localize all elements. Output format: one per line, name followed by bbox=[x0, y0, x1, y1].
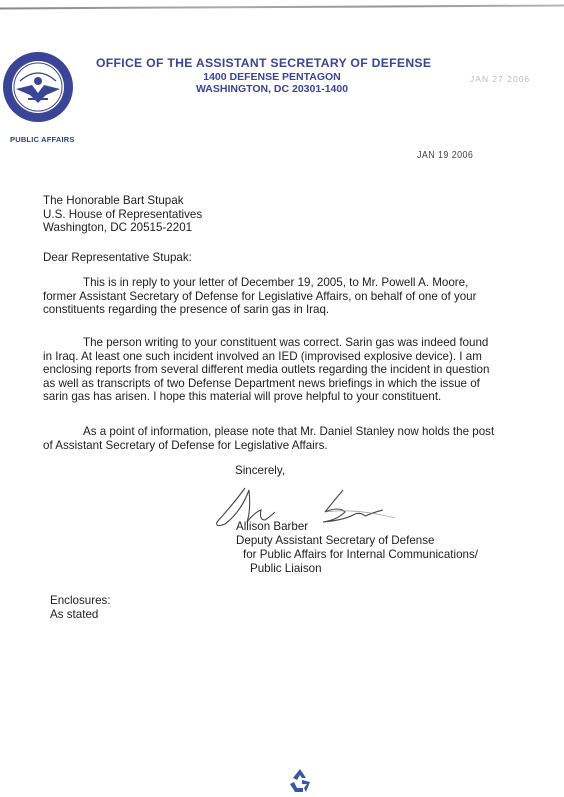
signer-title: Public Liaison bbox=[250, 562, 322, 576]
letter-date: JAN 19 2006 bbox=[417, 149, 473, 161]
letterhead: OFFICE OF THE ASSISTANT SECRETARY OF DEF… bbox=[96, 56, 436, 95]
paragraph-line: This is in reply to your letter of Decem… bbox=[43, 276, 477, 290]
paragraph-2: The person writing to your constituent w… bbox=[43, 336, 489, 404]
dod-seal-icon bbox=[2, 51, 74, 123]
office-title: OFFICE OF THE ASSISTANT SECRETARY OF DEF… bbox=[96, 56, 436, 70]
paragraph-line: The person writing to your constituent w… bbox=[43, 336, 489, 350]
enclosures: Enclosures: As stated bbox=[50, 594, 111, 621]
recipient-line: The Honorable Bart Stupak bbox=[43, 194, 202, 208]
closing: Sincerely, bbox=[235, 464, 285, 478]
salutation: Dear Representative Stupak: bbox=[43, 251, 192, 265]
signer-title: Deputy Assistant Secretary of Defense bbox=[236, 534, 434, 548]
paragraph-3: As a point of information, please note t… bbox=[43, 425, 494, 452]
paragraph-line: enclosing reports from several different… bbox=[43, 363, 489, 377]
recipient-line: U.S. House of Representatives bbox=[43, 208, 202, 222]
recipient-line: Washington, DC 20515-2201 bbox=[43, 221, 202, 235]
signer-name: Allison Barber bbox=[236, 520, 308, 534]
enclosures-label: Enclosures: bbox=[50, 594, 111, 608]
paragraph-line: in Iraq. At least one such incident invo… bbox=[43, 350, 489, 364]
letterhead-address-1: 1400 DEFENSE PENTAGON bbox=[96, 71, 436, 83]
letterhead-address-2: WASHINGTON, DC 20301-1400 bbox=[96, 83, 436, 95]
page-edge-line bbox=[0, 5, 564, 10]
paragraph-line: constituents regarding the presence of s… bbox=[43, 303, 477, 317]
recycle-icon bbox=[285, 766, 315, 796]
recipient-address: The Honorable Bart Stupak U.S. House of … bbox=[43, 194, 202, 235]
paragraph-line: As a point of information, please note t… bbox=[43, 425, 494, 439]
received-stamp: JAN 27 2006 bbox=[470, 74, 530, 84]
paragraph-line: of Assistant Secretary of Defense for Le… bbox=[43, 439, 494, 453]
paragraph-line: former Assistant Secretary of Defense fo… bbox=[43, 290, 477, 304]
paragraph-1: This is in reply to your letter of Decem… bbox=[43, 276, 477, 317]
paragraph-line: as well as transcripts of two Defense De… bbox=[43, 377, 489, 391]
department-label: PUBLIC AFFAIRS bbox=[10, 135, 75, 144]
signer-title: for Public Affairs for Internal Communic… bbox=[243, 548, 478, 562]
enclosures-value: As stated bbox=[50, 608, 111, 622]
paragraph-line: sarin gas has arisen. I hope this materi… bbox=[43, 390, 489, 404]
